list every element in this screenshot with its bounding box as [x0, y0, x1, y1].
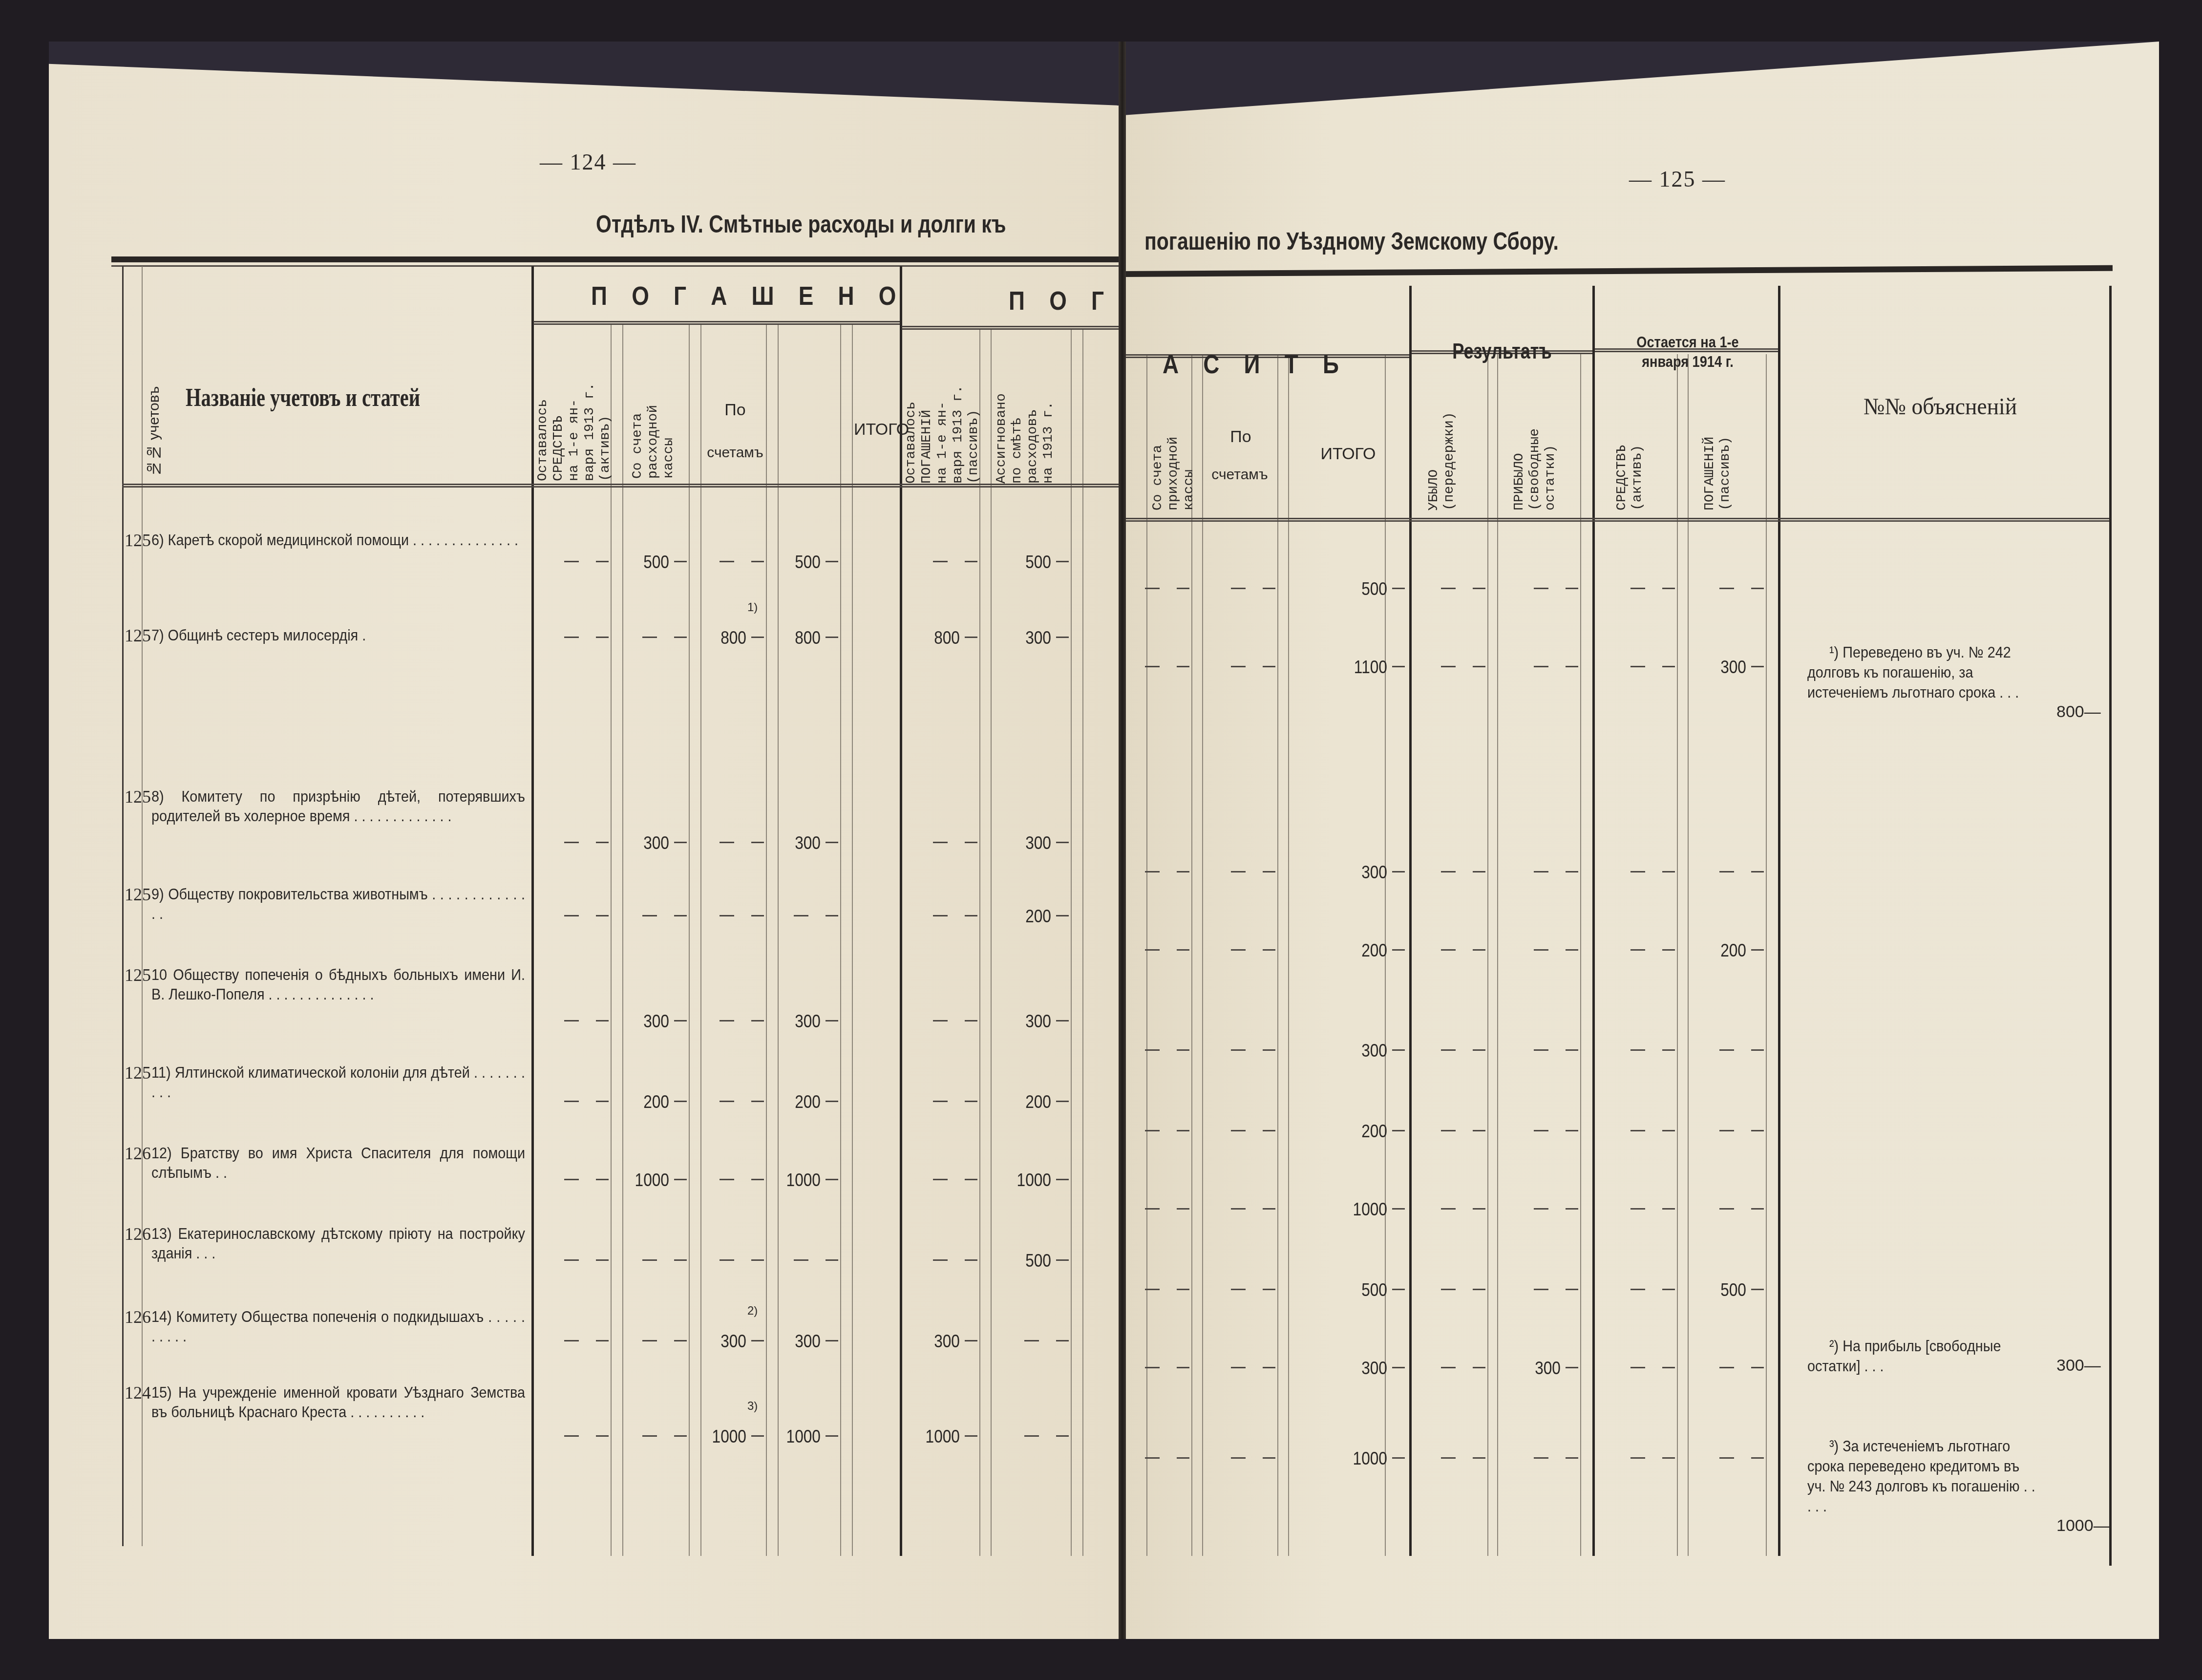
kopeck-dash: [826, 1340, 838, 1341]
empty-dash: [1719, 1049, 1734, 1051]
account-number: 126: [125, 1224, 151, 1244]
kopeck-dash: [965, 842, 977, 843]
kopeck-dash: [1473, 871, 1485, 872]
col-divider: [1288, 354, 1289, 1556]
kopeck-dash: [1056, 1259, 1069, 1261]
kopeck-dash: [1566, 1457, 1578, 1459]
empty-dash: [564, 1435, 579, 1437]
kopeck-dash: [826, 1179, 838, 1180]
empty-dash: [1024, 1340, 1039, 1341]
topay-assigned: 1000: [987, 1170, 1051, 1191]
account-number: 125: [125, 787, 151, 807]
paid-total: 300: [756, 1011, 821, 1032]
kopeck-dash: [1177, 666, 1189, 667]
col-divider-bold: [1592, 286, 1595, 1556]
kopeck-dash: [1263, 1049, 1275, 1051]
kopeck-dash: [1662, 1130, 1675, 1131]
kopeck-dash: [1263, 871, 1275, 872]
topay-total: 1100: [1323, 657, 1387, 678]
kopeck-dash: [1566, 1367, 1578, 1368]
col-divider: [991, 330, 992, 1556]
kopeck-dash: [1392, 871, 1405, 872]
kopeck-dash: [1177, 588, 1189, 589]
kopeck-dash: [1566, 588, 1578, 589]
topay-total: 300: [1323, 1358, 1387, 1379]
topay-assigned: 300: [987, 1011, 1051, 1032]
book-spread: — 124 — Отдѣлъ IV. Смѣтные расходы и дол…: [49, 42, 2159, 1639]
kopeck-dash: [1056, 1101, 1069, 1102]
kopeck-dash: [674, 842, 687, 843]
kopeck-dash: [965, 1101, 977, 1102]
kopeck-dash: [1263, 666, 1275, 667]
paid-total: 1000: [756, 1170, 821, 1191]
paid-from-cash: 1000: [605, 1170, 669, 1191]
header-remaining-funds: СРЕДСТВЪ (активъ): [1614, 393, 1646, 510]
topay-assigned: 200: [987, 906, 1051, 927]
page-number: — 124 —: [540, 149, 636, 175]
section-title-continued: погашенію по Уѣздному Земскому Сбору.: [1144, 227, 1559, 255]
table-border-left: [122, 266, 124, 1546]
footnote-amount: 1000—: [2056, 1516, 2110, 1535]
col-divider: [1191, 354, 1192, 1556]
header-account-no: №№ учетовъ: [147, 349, 162, 476]
header-remaining-debts: Оставалось ПОГАШЕНІЙ на 1-е ян- варя 191…: [904, 374, 982, 484]
kopeck-dash: [1392, 588, 1405, 589]
kopeck-dash: [1566, 871, 1578, 872]
kopeck-dash: [1566, 1289, 1578, 1290]
kopeck-dash: [674, 1101, 687, 1102]
kopeck-dash: [826, 915, 838, 916]
empty-dash: [1145, 1457, 1160, 1459]
empty-dash: [642, 915, 657, 916]
kopeck-dash: [1473, 1130, 1485, 1131]
header-by-accounts-2: счетамъ: [1208, 467, 1271, 483]
col-divider: [1580, 354, 1581, 1556]
topay-total: 1000: [1323, 1199, 1387, 1220]
kopeck-dash: [1751, 1049, 1764, 1051]
page-125: — 125 — погашенію по Уѣздному Земскому С…: [1126, 42, 2159, 1639]
topay-total: 500: [1323, 1280, 1387, 1300]
paid-total: 300: [756, 833, 821, 853]
footnote-amount: 800—: [2056, 702, 2101, 722]
kopeck-dash: [1473, 1049, 1485, 1051]
empty-dash: [933, 1179, 948, 1180]
empty-dash: [1231, 1130, 1246, 1131]
paid-total: 500: [756, 552, 821, 573]
paid-from-cash: 300: [605, 833, 669, 853]
kopeck-dash: [1056, 1020, 1069, 1021]
header-divider: [902, 326, 1119, 330]
kopeck-dash: [1263, 588, 1275, 589]
kopeck-dash: [1473, 1457, 1485, 1459]
empty-dash: [1231, 666, 1246, 667]
empty-dash: [564, 637, 579, 638]
empty-dash: [933, 842, 948, 843]
kopeck-dash: [965, 637, 977, 638]
header-by-accounts-2: счетамъ: [703, 445, 767, 461]
empty-dash: [933, 1020, 948, 1021]
kopeck-dash: [1473, 1367, 1485, 1368]
kopeck-dash: [965, 1435, 977, 1437]
book-gutter: [1119, 42, 1126, 1639]
empty-dash: [1719, 1457, 1734, 1459]
table-border-right: [2109, 286, 2112, 1566]
kopeck-dash: [1263, 1367, 1275, 1368]
kopeck-dash: [826, 1101, 838, 1102]
topay-remaining: 1000: [895, 1426, 960, 1447]
empty-dash: [1719, 1208, 1734, 1210]
kopeck-dash: [1751, 588, 1764, 589]
empty-dash: [1534, 1208, 1548, 1210]
kopeck-dash: [674, 915, 687, 916]
kopeck-dash: [965, 1340, 977, 1341]
kopeck-dash: [826, 842, 838, 843]
topay-remaining: 800: [895, 628, 960, 648]
kopeck-dash: [826, 637, 838, 638]
account-number: 125: [125, 965, 151, 985]
kopeck-dash: [1566, 1049, 1578, 1051]
empty-dash: [1441, 1289, 1456, 1290]
empty-dash: [1534, 588, 1548, 589]
col-divider: [1277, 354, 1278, 1556]
empty-dash: [564, 1259, 579, 1261]
empty-dash: [1145, 588, 1160, 589]
kopeck-dash: [965, 1179, 977, 1180]
empty-dash: [1534, 1049, 1548, 1051]
empty-dash: [1145, 949, 1160, 951]
kopeck-dash: [1566, 1208, 1578, 1210]
col-divider: [1766, 354, 1767, 1556]
footnote-marker: 1): [747, 601, 758, 615]
kopeck-dash: [596, 915, 609, 916]
kopeck-dash: [1177, 1049, 1189, 1051]
col-divider-bold: [1409, 286, 1412, 1556]
empty-dash: [720, 561, 734, 562]
empty-dash: [1534, 1457, 1548, 1459]
kopeck-dash: [751, 1259, 764, 1261]
topay-assigned: 500: [987, 1251, 1051, 1271]
header-group-paid: П О Г А Ш Е Н О: [591, 281, 905, 311]
empty-dash: [1534, 949, 1548, 951]
empty-dash: [1630, 588, 1645, 589]
kopeck-dash: [1566, 949, 1578, 951]
kopeck-dash: [1177, 871, 1189, 872]
empty-dash: [1719, 871, 1734, 872]
kopeck-dash: [1263, 1289, 1275, 1290]
paid-from-cash: 200: [605, 1092, 669, 1112]
paid-total: 200: [756, 1092, 821, 1112]
footnote: ³) За истеченіемъ льготнаго срока переве…: [1807, 1436, 2036, 1516]
kopeck-dash: [1177, 1208, 1189, 1210]
header-group-to-pay-cont: А С И Т Ь: [1163, 349, 1348, 380]
footnote-marker: 2): [747, 1304, 758, 1318]
empty-dash: [1145, 1130, 1160, 1131]
header-divider: [533, 321, 900, 325]
empty-dash: [1145, 1049, 1160, 1051]
empty-dash: [1145, 666, 1160, 667]
topay-total: 1000: [1323, 1448, 1387, 1469]
empty-dash: [720, 842, 734, 843]
footnote-amount: 300—: [2056, 1356, 2101, 1375]
empty-dash: [564, 1179, 579, 1180]
kopeck-dash: [1056, 561, 1069, 562]
result-gain: 300: [1496, 1358, 1561, 1379]
kopeck-dash: [1751, 1367, 1764, 1368]
kopeck-dash: [1662, 666, 1675, 667]
topay-total: 200: [1323, 940, 1387, 961]
kopeck-dash: [1662, 588, 1675, 589]
empty-dash: [642, 1259, 657, 1261]
kopeck-dash: [1473, 588, 1485, 589]
empty-dash: [1719, 1367, 1734, 1368]
header-from-expense-cash: Со счета расходной кассы: [630, 374, 677, 479]
col-divider: [778, 325, 779, 1556]
kopeck-dash: [1177, 1130, 1189, 1131]
kopeck-dash: [1751, 949, 1764, 951]
paid-from-cash: 300: [605, 1011, 669, 1032]
account-number: 124: [125, 1382, 151, 1403]
item-name: 14) Комитету Общества попеченія о подкид…: [151, 1307, 525, 1346]
header-by-accounts: По: [1214, 427, 1268, 447]
footnote-mark: ²): [1807, 1337, 1842, 1355]
item-name: 9) Обществу покровительства животнымъ . …: [151, 884, 525, 923]
empty-dash: [1630, 1457, 1645, 1459]
topay-assigned: 300: [987, 628, 1051, 648]
col-divider-bold: [900, 266, 902, 1556]
col-divider: [689, 325, 690, 1556]
header-explanations: №№ объясненій: [1863, 393, 2017, 420]
empty-dash: [1534, 871, 1548, 872]
account-number: 125: [125, 884, 151, 905]
section-title: Отдѣлъ IV. Смѣтные расходы и долги къ: [596, 210, 1006, 238]
top-rule-thin: [111, 265, 1119, 267]
topay-assigned: 300: [987, 833, 1051, 853]
col-divider: [840, 325, 841, 1556]
empty-dash: [1231, 1208, 1246, 1210]
kopeck-dash: [1751, 1457, 1764, 1459]
kopeck-dash: [1473, 949, 1485, 951]
empty-dash: [1441, 871, 1456, 872]
empty-dash: [1441, 1208, 1456, 1210]
item-name: 7) Общинѣ сестеръ милосердія .: [151, 625, 525, 645]
empty-dash: [1231, 1367, 1246, 1368]
empty-dash: [1630, 1049, 1645, 1051]
item-name: 12) Братству во имя Христа Спасителя для…: [151, 1143, 525, 1182]
empty-dash: [933, 1259, 948, 1261]
col-divider: [979, 330, 980, 1556]
kopeck-dash: [1662, 1457, 1675, 1459]
remaining-debts: 300: [1682, 657, 1746, 678]
kopeck-dash: [596, 637, 609, 638]
kopeck-dash: [826, 1259, 838, 1261]
empty-dash: [1630, 1289, 1645, 1290]
account-number: 125: [125, 530, 151, 551]
account-number: 125: [125, 1063, 151, 1083]
item-name: 15) На учрежденіе именной кровати Уѣздна…: [151, 1382, 525, 1422]
footnote: ¹) Переведено въ уч. № 242 долговъ къ по…: [1807, 642, 2036, 702]
kopeck-dash: [1751, 1208, 1764, 1210]
col-divider-bold: [531, 266, 534, 1556]
kopeck-dash: [1662, 1367, 1675, 1368]
item-name: 13) Екатеринославскому дѣтскому пріюту н…: [151, 1224, 525, 1263]
kopeck-dash: [1263, 949, 1275, 951]
kopeck-dash: [1566, 1130, 1578, 1131]
kopeck-dash: [1177, 1457, 1189, 1459]
kopeck-dash: [1056, 1340, 1069, 1341]
empty-dash: [642, 637, 657, 638]
empty-dash: [564, 915, 579, 916]
empty-dash: [564, 1020, 579, 1021]
empty-dash: [1231, 588, 1246, 589]
header-bottom-rule: [122, 484, 1119, 488]
kopeck-dash: [965, 1020, 977, 1021]
empty-dash: [1630, 871, 1645, 872]
item-name: 11) Ялтинской климатической колоніи для …: [151, 1063, 525, 1102]
kopeck-dash: [1662, 871, 1675, 872]
empty-dash: [1231, 1457, 1246, 1459]
empty-dash: [1630, 666, 1645, 667]
top-rule: [1126, 265, 2113, 277]
page-124: — 124 — Отдѣлъ IV. Смѣтные расходы и дол…: [49, 42, 1119, 1639]
empty-dash: [1441, 1049, 1456, 1051]
kopeck-dash: [674, 1179, 687, 1180]
kopeck-dash: [1392, 1130, 1405, 1131]
kopeck-dash: [674, 1020, 687, 1021]
empty-dash: [1441, 666, 1456, 667]
kopeck-dash: [674, 561, 687, 562]
col-divider: [1677, 354, 1678, 1556]
empty-dash: [1145, 1208, 1160, 1210]
empty-dash: [564, 1101, 579, 1102]
kopeck-dash: [1056, 842, 1069, 843]
header-gain: ПРИБЫЛО (свободные остатки): [1512, 393, 1559, 510]
header-total: ИТОГО: [854, 420, 901, 439]
kopeck-dash: [1751, 1130, 1764, 1131]
kopeck-dash: [1177, 1289, 1189, 1290]
col-divider: [611, 325, 612, 1556]
empty-dash: [1719, 1130, 1734, 1131]
empty-dash: [1024, 1435, 1039, 1437]
kopeck-dash: [1263, 1130, 1275, 1131]
empty-dash: [720, 1179, 734, 1180]
header-group-to-pay: П О Г: [1009, 286, 1113, 316]
paid-by-accounts: 800: [682, 628, 746, 648]
kopeck-dash: [1263, 1457, 1275, 1459]
empty-dash: [564, 561, 579, 562]
item-name: 6) Каретѣ скорой медицинской помощи . . …: [151, 530, 525, 550]
kopeck-dash: [674, 1259, 687, 1261]
kopeck-dash: [1263, 1208, 1275, 1210]
kopeck-dash: [1392, 1289, 1405, 1290]
empty-dash: [642, 1340, 657, 1341]
header-bottom-rule: [1126, 518, 2109, 522]
remaining-debts: 200: [1682, 940, 1746, 961]
col-divider: [1202, 354, 1203, 1556]
empty-dash: [933, 561, 948, 562]
kopeck-dash: [751, 915, 764, 916]
topay-total: 300: [1323, 1041, 1387, 1061]
kopeck-dash: [1662, 1049, 1675, 1051]
kopeck-dash: [1056, 1179, 1069, 1180]
paid-total: 800: [756, 628, 821, 648]
page-number: — 125 —: [1629, 166, 1726, 192]
account-number: 126: [125, 1307, 151, 1327]
kopeck-dash: [1392, 1208, 1405, 1210]
col-divider: [700, 325, 701, 1556]
footnote-marker: 3): [747, 1400, 758, 1413]
empty-dash: [1145, 1367, 1160, 1368]
empty-dash: [1145, 1289, 1160, 1290]
empty-dash: [1441, 1457, 1456, 1459]
kopeck-dash: [965, 561, 977, 562]
header-remaining-debts: ПОГАШЕНІЙ (пассивъ): [1702, 391, 1734, 510]
kopeck-dash: [1751, 871, 1764, 872]
empty-dash: [1231, 1049, 1246, 1051]
header-item-name: Названіе учетовъ и статей: [186, 383, 420, 412]
footnote-mark: ³): [1807, 1437, 1842, 1455]
kopeck-dash: [1056, 1435, 1069, 1437]
empty-dash: [720, 1101, 734, 1102]
kopeck-dash: [965, 915, 977, 916]
kopeck-dash: [1056, 915, 1069, 916]
col-divider: [142, 266, 143, 1546]
kopeck-dash: [596, 1340, 609, 1341]
header-by-accounts: По: [708, 401, 762, 420]
empty-dash: [564, 842, 579, 843]
topay-total: 300: [1323, 862, 1387, 883]
header-group-remaining: Остается на 1-е января 1914 г.: [1619, 332, 1757, 371]
kopeck-dash: [1566, 666, 1578, 667]
paid-total: 300: [756, 1331, 821, 1352]
header-assigned: Ассигновано по смѣтѣ расходовъ на 1913 г…: [994, 374, 1057, 484]
kopeck-dash: [1473, 666, 1485, 667]
empty-dash: [1231, 949, 1246, 951]
paid-by-accounts: 1000: [682, 1426, 746, 1447]
kopeck-dash: [1662, 1208, 1675, 1210]
empty-dash: [1231, 1289, 1246, 1290]
paid-from-cash: 500: [605, 552, 669, 573]
kopeck-dash: [1056, 637, 1069, 638]
col-divider: [1487, 354, 1488, 1556]
empty-dash: [720, 915, 734, 916]
empty-dash: [1719, 588, 1734, 589]
remaining-debts: 500: [1682, 1280, 1746, 1300]
kopeck-dash: [1177, 1367, 1189, 1368]
account-number: 126: [125, 1143, 151, 1164]
empty-dash: [933, 915, 948, 916]
header-total: ИТОГО: [1316, 445, 1380, 464]
topay-assigned: 200: [987, 1092, 1051, 1112]
empty-dash: [933, 1101, 948, 1102]
kopeck-dash: [596, 1435, 609, 1437]
col-divider: [622, 325, 623, 1556]
col-divider-bold: [1778, 286, 1780, 1556]
empty-dash: [642, 1435, 657, 1437]
empty-dash: [1630, 1208, 1645, 1210]
empty-dash: [1630, 1367, 1645, 1368]
empty-dash: [794, 915, 808, 916]
empty-dash: [794, 1259, 808, 1261]
kopeck-dash: [826, 561, 838, 562]
header-from-income-cash: Со счета приходной кассы: [1150, 405, 1197, 510]
kopeck-dash: [1392, 1367, 1405, 1368]
empty-dash: [1534, 666, 1548, 667]
header-group-result: Результатъ: [1430, 340, 1574, 364]
empty-dash: [1441, 1130, 1456, 1131]
topay-total: 200: [1323, 1121, 1387, 1142]
col-divider: [766, 325, 767, 1556]
empty-dash: [1630, 1130, 1645, 1131]
